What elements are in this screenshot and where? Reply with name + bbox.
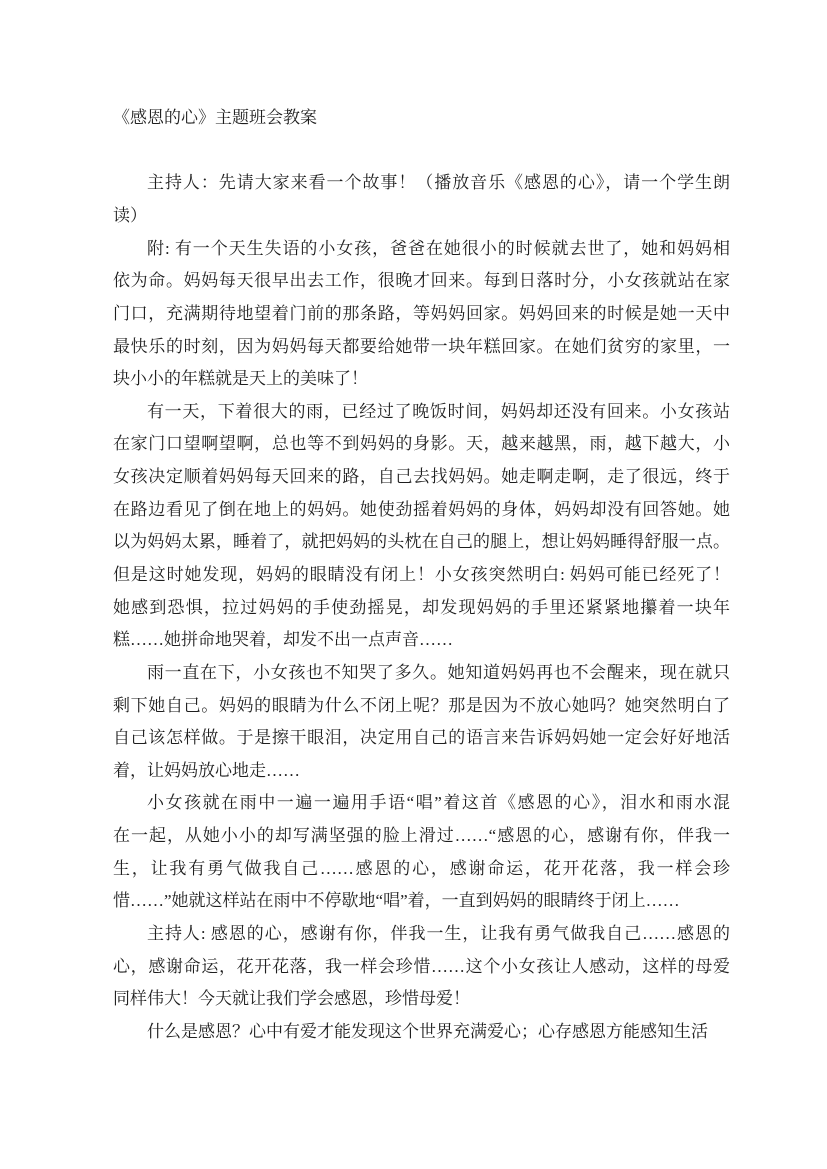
text-line: 在一起，从她小小的却写满坚强的脸上滑过……“感恩的心，感谢有你，伴我一 — [113, 820, 730, 853]
text-line: 剩下她自己。妈妈的眼睛为什么不闭上呢？那是因为不放心她吗？她突然明白了 — [113, 690, 730, 723]
text-line: 块小小的年糕就是天上的美味了！ — [113, 363, 730, 396]
document-body: 主持人：先请大家来看一个故事！（播放音乐《感恩的心》，请一个学生朗读）附: 有一… — [113, 167, 730, 1048]
text-line: 主持人：先请大家来看一个故事！（播放音乐《感恩的心》，请一个学生朗 — [113, 167, 730, 200]
text-line: 门口，充满期待地望着门前的那条路，等妈妈回家。妈妈回来的时候是她一天中 — [113, 298, 730, 331]
text-line: 雨一直在下，小女孩也不知哭了多久。她知道妈妈再也不会醒来，现在就只 — [113, 657, 730, 690]
text-line: 在家门口望啊望啊，总也等不到妈妈的身影。天，越来越黑，雨，越下越大，小 — [113, 428, 730, 461]
text-line: 着，让妈妈放心地走…… — [113, 755, 730, 788]
text-line: 小女孩就在雨中一遍一遍用手语“唱”着这首《感恩的心》，泪水和雨水混 — [113, 787, 730, 820]
text-line: 以为妈妈太累，睡着了，就把妈妈的头枕在自己的腿上，想让妈妈睡得舒服一点。 — [113, 526, 730, 559]
text-line: 同样伟大！今天就让我们学会感恩，珍惜母爱！ — [113, 983, 730, 1016]
text-line: 她感到恐惧，拉过妈妈的手使劲摇晃，却发现妈妈的手里还紧紧地攥着一块年 — [113, 592, 730, 625]
text-line: 什么是感恩？心中有爱才能发现这个世界充满爱心；心存感恩方能感知生活 — [113, 1016, 730, 1049]
text-line: 糕……她拼命地哭着，却发不出一点声音…… — [113, 624, 730, 657]
text-line: 女孩决定顺着妈妈每天回来的路，自己去找妈妈。她走啊走啊，走了很远，终于 — [113, 461, 730, 494]
text-line: 自己该怎样做。于是擦干眼泪，决定用自己的语言来告诉妈妈她一定会好好地活 — [113, 722, 730, 755]
document-page: 《感恩的心》主题班会教案 主持人：先请大家来看一个故事！（播放音乐《感恩的心》，… — [0, 0, 827, 1169]
text-line: 主持人: 感恩的心，感谢有你，伴我一生，让我有勇气做我自己……感恩的 — [113, 918, 730, 951]
text-line: 心，感谢命运，花开花落，我一样会珍惜……这个小女孩让人感动，这样的母爱 — [113, 951, 730, 984]
text-line: 惜……”她就这样站在雨中不停歇地“唱”着，一直到妈妈的眼睛终于闭上…… — [113, 885, 730, 918]
text-line: 最快乐的时刻，因为妈妈每天都要给她带一块年糕回家。在她们贫穷的家里，一 — [113, 331, 730, 364]
text-line: 但是这时她发现，妈妈的眼睛没有闭上！小女孩突然明白: 妈妈可能已经死了！ — [113, 559, 730, 592]
text-line: 有一天，下着很大的雨，已经过了晚饭时间，妈妈却还没有回来。小女孩站 — [113, 396, 730, 429]
text-line: 读） — [113, 200, 730, 233]
text-line: 在路边看见了倒在地上的妈妈。她使劲摇着妈妈的身体，妈妈却没有回答她。她 — [113, 494, 730, 527]
text-line: 生，让我有勇气做我自己……感恩的心，感谢命运，花开花落，我一样会珍 — [113, 853, 730, 886]
text-line: 依为命。妈妈每天很早出去工作，很晚才回来。每到日落时分，小女孩就站在家 — [113, 265, 730, 298]
document-title: 《感恩的心》主题班会教案 — [113, 102, 730, 135]
text-line: 附: 有一个天生失语的小女孩，爸爸在她很小的时候就去世了，她和妈妈相 — [113, 233, 730, 266]
